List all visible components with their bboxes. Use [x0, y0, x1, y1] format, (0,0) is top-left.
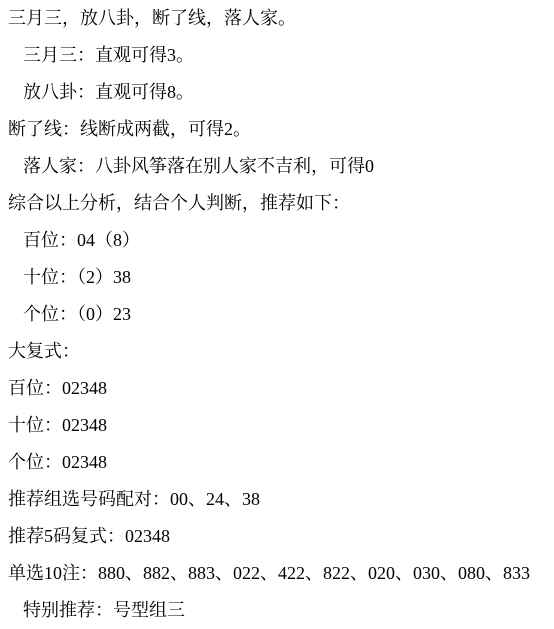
- summary-line: 综合以上分析，结合个人判断，推荐如下：: [0, 185, 554, 222]
- group-pairs-line: 推荐组选号码配对：00、24、38: [0, 481, 554, 518]
- compound-tens: 十位：02348: [0, 407, 554, 444]
- special-recommend-line: 特别推荐：号型组三: [0, 592, 554, 629]
- five-code-compound-line: 推荐5码复式：02348: [0, 518, 554, 555]
- ten-bets-line: 单选10注：880、882、883、022、422、822、020、030、08…: [0, 555, 554, 592]
- analysis-luorenjia: 落人家：八卦风筝落在别人家不吉利，可得0: [0, 148, 554, 185]
- recommend-tens: 十位：（2）38: [0, 259, 554, 296]
- recommend-hundreds: 百位：04（8）: [0, 222, 554, 259]
- document-page: 三月三，放八卦，断了线，落人家。 三月三：直观可得3。 放八卦：直观可得8。 断…: [0, 0, 554, 629]
- analysis-fangbagua: 放八卦：直观可得8。: [0, 74, 554, 111]
- poem-line: 三月三，放八卦，断了线，落人家。: [0, 0, 554, 37]
- big-compound-title: 大复式：: [0, 333, 554, 370]
- compound-hundreds: 百位：02348: [0, 370, 554, 407]
- analysis-duanlexian: 断了线：线断成两截，可得2。: [0, 111, 554, 148]
- analysis-sanyuesan: 三月三：直观可得3。: [0, 37, 554, 74]
- recommend-units: 个位：（0）23: [0, 296, 554, 333]
- compound-units: 个位：02348: [0, 444, 554, 481]
